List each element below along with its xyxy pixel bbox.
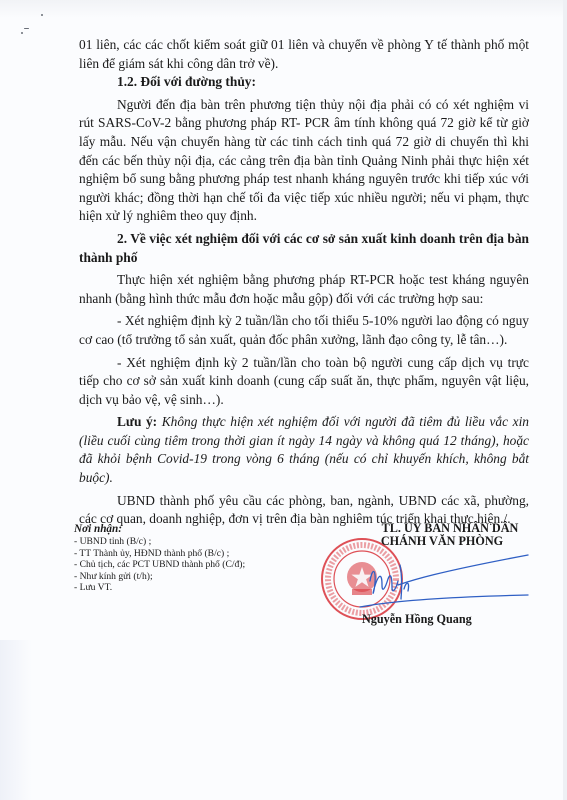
recipient-item: - TT Thành ủy, HĐND thành phố (B/c) ; <box>74 548 304 560</box>
recipients-block: Nơi nhận: - UBND tỉnh (B/c) ; - TT Thành… <box>74 523 304 594</box>
recipient-item: - UBND tỉnh (B/c) ; <box>74 536 304 548</box>
paragraph-continuation: 01 liên, các các chốt kiểm soát giữ 01 l… <box>79 36 529 73</box>
scan-shadow-left <box>0 640 32 800</box>
recipient-item: - Lưu VT. <box>74 582 304 594</box>
scan-speck <box>41 14 43 16</box>
paragraph-waterway: Người đến địa bàn trên phương tiện thủy … <box>79 96 529 226</box>
list-item-high-risk-workers: - Xét nghiệm định kỳ 2 tuần/lần cho tối … <box>79 312 529 349</box>
note-label: Lưu ý: <box>117 414 157 429</box>
scanned-page: 01 liên, các các chốt kiểm soát giữ 01 l… <box>0 0 567 800</box>
scan-speck <box>24 28 29 29</box>
note-paragraph: Lưu ý: Không thực hiện xét nghiệm đối vớ… <box>79 413 529 487</box>
section-heading-1-2: 1.2. Đối với đường thủy: <box>79 73 529 92</box>
recipient-item: - Chủ tịch, các PCT UBND thành phố (C/đ)… <box>74 559 304 571</box>
scan-speck <box>21 32 23 34</box>
document-body: 01 liên, các các chốt kiểm soát giữ 01 l… <box>79 36 529 529</box>
list-item-service-providers: - Xét nghiệm định kỳ 2 tuần/lần cho toàn… <box>79 354 529 410</box>
recipient-item: - Như kính gửi (t/h); <box>74 571 304 583</box>
signer-name: Nguyễn Hồng Quang <box>362 612 512 626</box>
section-heading-2: 2. Về việc xét nghiệm đối với các cơ sở … <box>79 230 529 267</box>
scan-shadow-right <box>563 0 567 800</box>
signature-title: TL. ỦY BAN NHÂN DÂN <box>350 521 550 535</box>
handwritten-signature-icon <box>352 545 542 617</box>
signature-block: TL. ỦY BAN NHÂN DÂN CHÁNH VĂN PHÒNG Nguy… <box>330 521 530 641</box>
paragraph-testing-methods: Thực hiện xét nghiệm bằng phương pháp RT… <box>79 271 529 308</box>
recipients-title: Nơi nhận: <box>74 523 304 536</box>
